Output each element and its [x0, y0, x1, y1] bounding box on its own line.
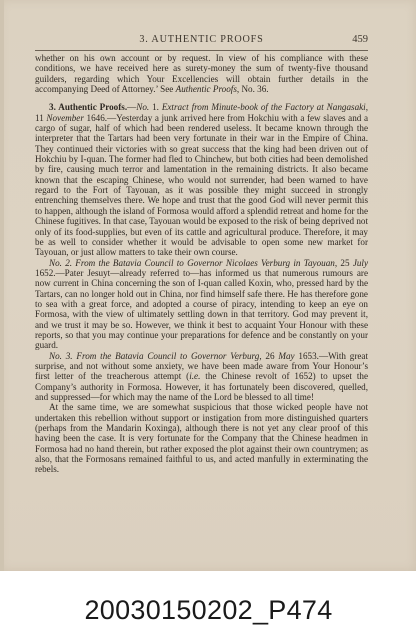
paragraph-continued: whether on his own account or by request… [35, 53, 368, 94]
reference-title: Authentic Proofs [176, 84, 237, 94]
source-citation: No. 2. From the Batavia Council to Gover… [49, 258, 335, 268]
source-citation: Extract from Minute-book of the Factory … [162, 102, 366, 112]
page-edge [0, 0, 4, 571]
page-number: 459 [352, 34, 368, 45]
paragraph-no-2: No. 2. From the Batavia Council to Gover… [35, 258, 368, 351]
running-head: 3. AUTHENTIC PROOFS 459 [35, 33, 368, 49]
running-title: 3. AUTHENTIC PROOFS [35, 34, 368, 45]
paragraph-no-3: No. 3. From the Batavia Council to Gover… [35, 351, 368, 403]
paragraph-same-time: At the same time, we are somewhat suspic… [35, 402, 368, 474]
section-heading: 3. Authentic Proofs. [49, 102, 127, 112]
source-citation: No. 3. From the Batavia Council to Gover… [49, 351, 259, 361]
scanned-book-page: 3. AUTHENTIC PROOFS 459 whether on his o… [0, 0, 416, 571]
page-body: whether on his own account or by request… [35, 53, 368, 475]
image-identifier-caption: 20030150202_P474 [0, 595, 417, 626]
header-rule [35, 50, 368, 51]
paragraph-section-3: 3. Authentic Proofs.—No. 1. Extract from… [35, 102, 368, 257]
